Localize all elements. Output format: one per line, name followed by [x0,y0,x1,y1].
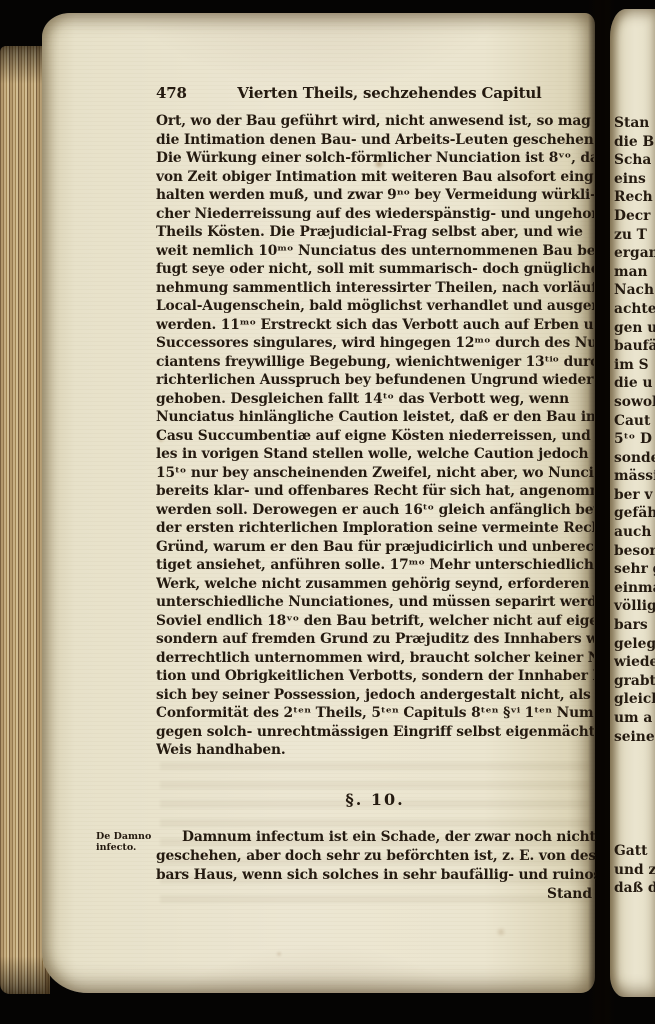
text-line: die B [614,133,655,152]
text-line: tiget ansiehet, anführen solle. 17ᵐᵒ Meh… [156,556,594,575]
text-line: nehmung sammentlich interessirter Theile… [156,279,594,298]
facing-page-sliver: Standie BSchaeinsRechDecrzu TerganmanNac… [610,9,655,997]
text-line: der ersten richterlichen Imploration sei… [156,519,594,538]
text-line: Stan [614,114,655,133]
text-line: bars Haus, wenn sich solches in sehr bau… [156,866,596,885]
text-line: gegen solch- unrechtmässigen Eingriff se… [156,723,594,742]
text-line: sonde [614,449,655,468]
text-line: unterschiedliche Nunciationes, und müsse… [156,593,594,612]
text-line: bars [614,616,655,635]
text-line: Werk, welche nicht zusammen gehörig seyn… [156,575,594,594]
page-number: 478 [156,84,187,102]
text-line: weit nemlich 10ᵐᵒ Nunciatus des unternom… [156,242,594,261]
text-line: zu T [614,226,655,245]
catchword: Stand [156,886,592,902]
facing-page-text-fragments: Standie BSchaeinsRechDecrzu TerganmanNac… [614,114,655,746]
text-line: Weis handhaben. [156,741,594,760]
text-line: ergan [614,244,655,263]
text-line: Successores singulares, wird hingegen 12… [156,334,594,353]
text-line: man [614,263,655,282]
text-line: achte [614,300,655,319]
text-line: werden. 11ᵐᵒ Erstreckt sich das Verbott … [156,316,594,335]
text-line: bereits klar- und offenbares Recht für s… [156,482,594,501]
facing-page-text-fragments: Gattund zdaß d [614,842,655,898]
text-line: gen u [614,319,655,338]
text-line: Nunciatus hinlängliche Caution leistet, … [156,408,594,427]
text-line: die u [614,374,655,393]
text-line: Scha [614,151,655,170]
text-line: cher Niederreissung auf des wiederspänst… [156,205,594,224]
text-line: derrechtlich unternommen wird, braucht s… [156,649,594,668]
second-paragraph: Damnum infectum ist ein Schade, der zwar… [156,828,596,888]
text-line: Nach [614,281,655,300]
text-line: Casu Succumbentiæ auf eigne Kösten niede… [156,427,594,446]
text-line: besorg [614,542,655,561]
text-line: Ort, wo der Bau geführt wird, nicht anwe… [156,112,594,131]
text-line: völlig [614,597,655,616]
text-line: und z [614,861,655,880]
text-line: Soviel endlich 18ᵛᵒ den Bau betrift, wel… [156,612,594,631]
section-heading: §. 10. [156,790,594,809]
text-line: Gatt [614,842,655,861]
text-line: les in vorigen Stand stellen wolle, welc… [156,445,594,464]
text-line: geschehen, aber doch sehr zu beförchten … [156,847,596,866]
text-line: Theils Kösten. Die Præjudicial-Frag selb… [156,223,594,242]
text-line: Decr [614,207,655,226]
text-line: um a [614,709,655,728]
text-line: die Intimation denen Bau- und Arbeits-Le… [156,131,594,150]
text-line: daß d [614,879,655,898]
text-line: sondern auf fremden Grund zu Præjuditz d… [156,630,594,649]
running-title: Vierten Theils, sechzehendes Capitul [187,84,592,102]
text-line: gefäh [614,504,655,523]
text-line: sich bey seiner Possession, jedoch ander… [156,686,594,705]
text-line: wiede [614,653,655,672]
running-head: 478 Vierten Theils, sechzehendes Capitul [156,84,592,104]
text-line: gleich [614,690,655,709]
text-line: 5ᵗᵒ D [614,430,655,449]
text-line: Caut [614,412,655,431]
text-line: Die Würkung einer solch-förmlicher Nunci… [156,149,594,168]
text-line: Rech [614,188,655,207]
text-line: richterlichen Ausspruch bey befundenen U… [156,371,594,390]
text-line: von Zeit obiger Intimation mit weiteren … [156,168,594,187]
text-line: werden soll. Derowegen er auch 16ᵗᵒ glei… [156,501,594,520]
text-line: grabt [614,672,655,691]
text-line: mässi [614,467,655,486]
text-line: einma [614,579,655,598]
text-line: ciantens freywillige Begebung, wienichtw… [156,353,594,372]
text-line: eins [614,170,655,189]
text-line: Conformität des 2ᵗᵉⁿ Theils, 5ᵗᵉⁿ Capitu… [156,704,594,723]
margin-note: De Damno infecto. [96,831,152,853]
foxing-spots [42,13,44,15]
text-line: auch [614,523,655,542]
text-line: sehr g [614,560,655,579]
text-line: Damnum infectum ist ein Schade, der zwar… [156,828,596,847]
text-line: baufä [614,337,655,356]
text-line: geleg [614,635,655,654]
text-line: Gründ, warum er den Bau für præjudicirli… [156,538,594,557]
text-line: Local-Augenschein, bald möglichst verhan… [156,297,594,316]
text-line: fugt seye oder nicht, soll mit summarisc… [156,260,594,279]
text-line: tion und Obrigkeitlichen Verbotts, sonde… [156,667,594,686]
text-line: seiner [614,728,655,747]
text-line: sowoh [614,393,655,412]
text-line: im S [614,356,655,375]
book-spread-photo: 478 Vierten Theils, sechzehendes Capitul… [0,0,655,1024]
text-line: gehoben. Desgleichen fallt 14ᵗᵒ das Verb… [156,390,594,409]
main-text-paragraph: Ort, wo der Bau geführt wird, nicht anwe… [156,112,594,762]
text-line: halten werden muß, und zwar 9ⁿᵒ bey Verm… [156,186,594,205]
text-line: ber v [614,486,655,505]
text-line: 15ᵗᵒ nur bey anscheinenden Zweifel, nich… [156,464,594,483]
